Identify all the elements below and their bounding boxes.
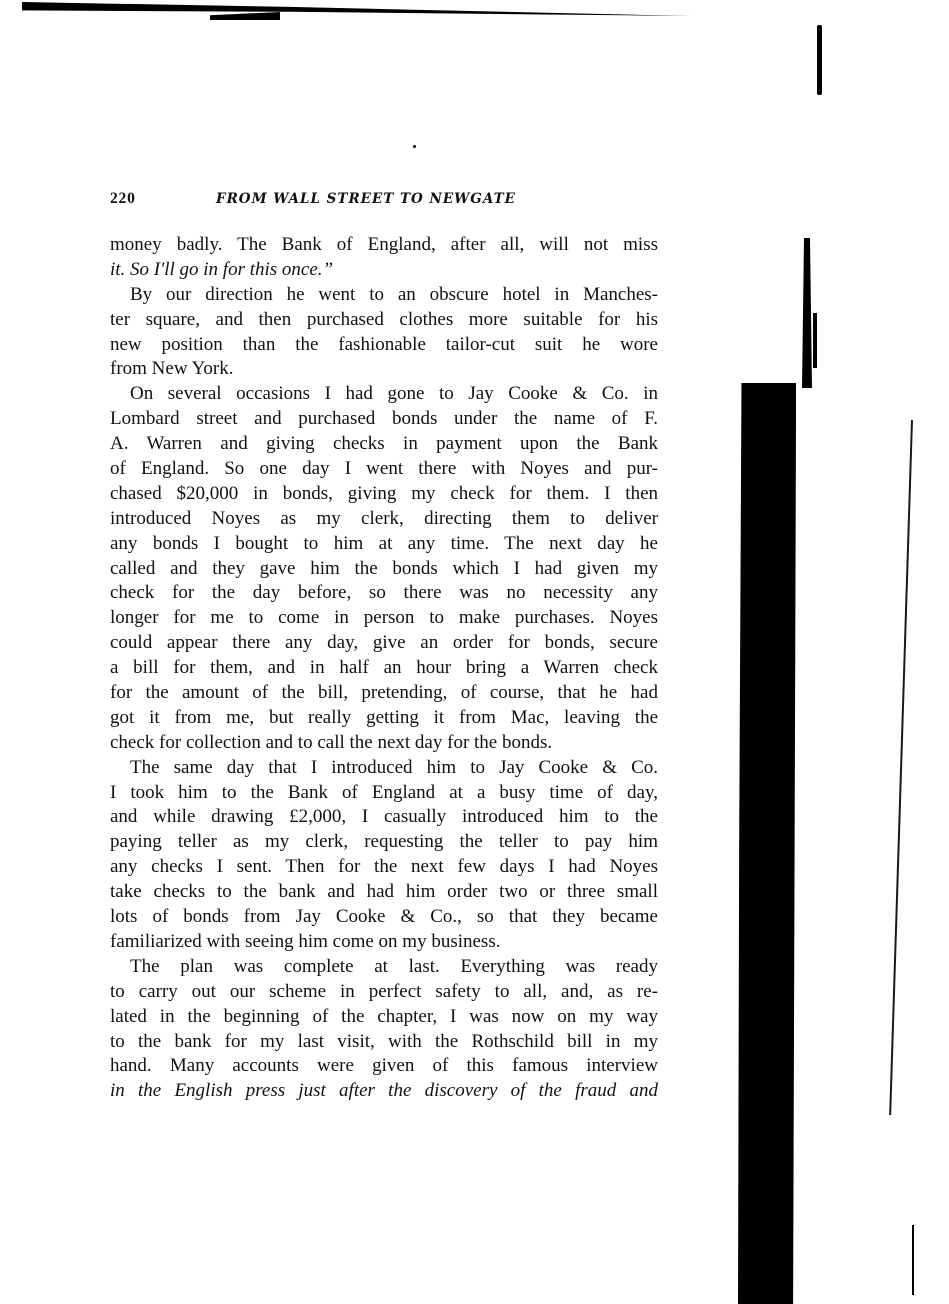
- scan-mark-top-right: [817, 25, 822, 95]
- text-line: called and they gave him the bonds which…: [110, 557, 658, 582]
- paragraph: On several occasions I had gone to Jay C…: [110, 382, 658, 755]
- text-line: On several occasions I had gone to Jay C…: [110, 382, 658, 407]
- text-line: lated in the beginning of the chapter, I…: [110, 1005, 658, 1030]
- text-line: and while drawing £2,000, I casually int…: [110, 805, 658, 830]
- text-line: introduced Noyes as my clerk, directing …: [110, 507, 658, 532]
- text-line: for the amount of the bill, pretending, …: [110, 681, 658, 706]
- scan-speck: [210, 12, 280, 20]
- text-line: to the bank for my last visit, with the …: [110, 1030, 658, 1055]
- page-number: 220: [110, 190, 216, 208]
- book-page: 220 FROM WALL STREET TO NEWGATE money ba…: [110, 190, 658, 1104]
- text-line: take checks to the bank and had him orde…: [110, 880, 658, 905]
- text-line: a bill for them, and in half an hour bri…: [110, 656, 658, 681]
- text-line: A. Warren and giving checks in payment u…: [110, 432, 658, 457]
- text-line: got it from me, but really getting it fr…: [110, 706, 658, 731]
- text-line: familiarized with seeing him come on my …: [110, 930, 658, 955]
- text-line: paying teller as my clerk, requesting th…: [110, 830, 658, 855]
- text-line: any bonds I bought to him at any time. T…: [110, 532, 658, 557]
- scan-gutter-shadow: [738, 383, 796, 1304]
- running-head: 220 FROM WALL STREET TO NEWGATE: [110, 190, 658, 216]
- scan-gutter-shadow-thin: [813, 313, 817, 368]
- text-line: hand. Many accounts were given of this f…: [110, 1054, 658, 1079]
- text-line: in the English press just after the disc…: [110, 1079, 658, 1104]
- scan-page-edge-line: [912, 1225, 914, 1295]
- paragraph: The plan was complete at last. Everythin…: [110, 955, 658, 1104]
- text-line: to carry out our scheme in perfect safet…: [110, 980, 658, 1005]
- scan-edge-top-shadow: [22, 2, 692, 16]
- scan-dot: [413, 145, 416, 148]
- text-line: chased $20,000 in bonds, giving my check…: [110, 482, 658, 507]
- scan-page-edge-line: [889, 420, 913, 1115]
- text-line: new position than the fashionable tailor…: [110, 333, 658, 358]
- text-line: could appear there any day, give an orde…: [110, 631, 658, 656]
- text-line: The plan was complete at last. Everythin…: [110, 955, 658, 980]
- text-line: longer for me to come in person to make …: [110, 606, 658, 631]
- paragraph: By our direction he went to an obscure h…: [110, 283, 658, 383]
- text-line: ter square, and then purchased clothes m…: [110, 308, 658, 333]
- text-line: money badly. The Bank of England, after …: [110, 233, 658, 258]
- text-line: any checks I sent. Then for the next few…: [110, 855, 658, 880]
- text-line: of England. So one day I went there with…: [110, 457, 658, 482]
- text-line: it. So I'll go in for this once.”: [110, 258, 658, 283]
- paragraph: The same day that I introduced him to Ja…: [110, 756, 658, 955]
- text-line: check for the day before, so there was n…: [110, 581, 658, 606]
- paragraph: money badly. The Bank of England, after …: [110, 233, 658, 283]
- running-head-title: FROM WALL STREET TO NEWGATE: [216, 191, 516, 207]
- scan-gutter-shadow-thin: [802, 238, 812, 388]
- text-line: The same day that I introduced him to Ja…: [110, 756, 658, 781]
- body-text: money badly. The Bank of England, after …: [110, 233, 658, 1104]
- text-line: By our direction he went to an obscure h…: [110, 283, 658, 308]
- text-line: lots of bonds from Jay Cooke & Co., so t…: [110, 905, 658, 930]
- text-line: I took him to the Bank of England at a b…: [110, 781, 658, 806]
- text-line: check for collection and to call the nex…: [110, 731, 658, 756]
- text-line: from New York.: [110, 357, 658, 382]
- text-line: Lombard street and purchased bonds under…: [110, 407, 658, 432]
